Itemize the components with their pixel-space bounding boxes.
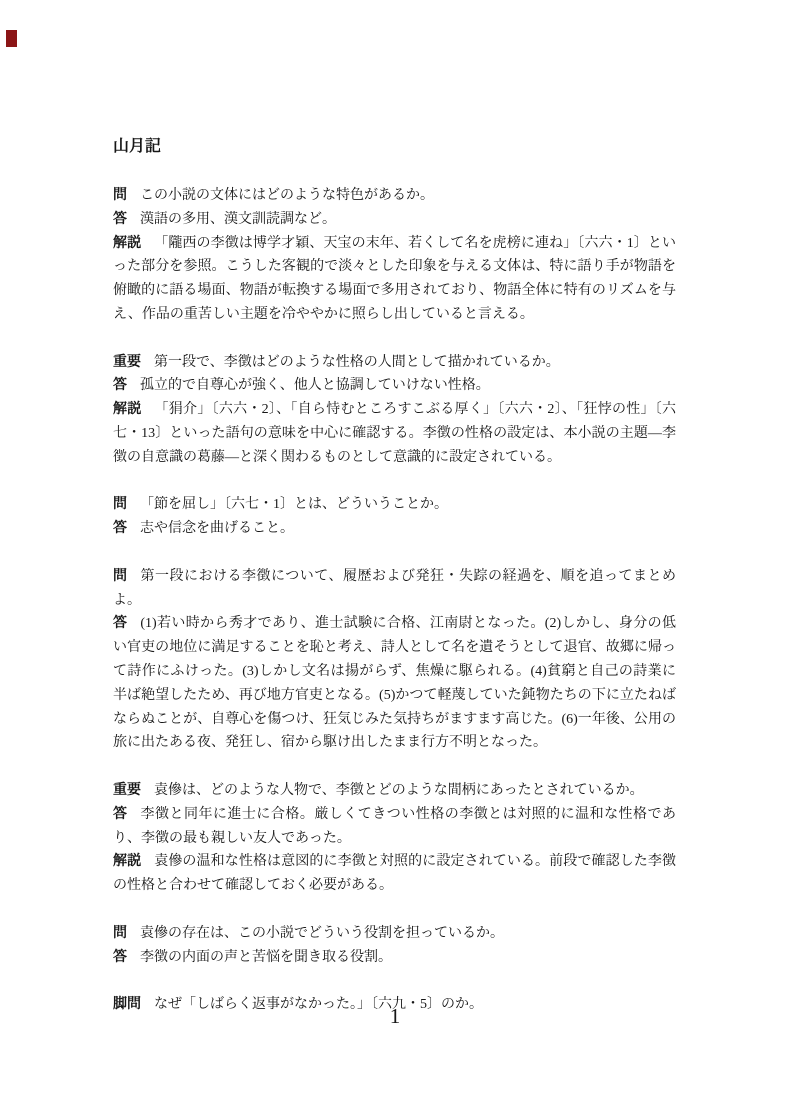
qa-paragraph: 解説袁傪の温和な性格は意図的に李徴と対照的に設定されている。前段で確認した李徴の…: [113, 850, 676, 898]
qa-paragraph: 答志や信念を曲げること。: [113, 517, 676, 541]
qa-block: 重要第一段で、李徴はどのような性格の人間として描かれているか。答孤立的で自尊心が…: [113, 351, 676, 470]
qa-paragraph: 答李徴の内面の声と苦悩を聞き取る役割。: [113, 946, 676, 970]
qa-text: 「狷介」〔六六・2〕、「自ら恃むところすこぶる厚く」〔六六・2〕、「狂悖の性」〔…: [113, 402, 676, 465]
document-title: 山月記: [113, 136, 676, 158]
qa-text: 李徴と同年に進士に合格。厳しくてきつい性格の李徴とは対照的に温和な性格であり、李…: [113, 807, 676, 846]
qa-blocks: 問この小説の文体にはどのような特色があるか。答漢語の多用、漢文訓読調など。解説「…: [113, 184, 676, 1017]
qa-paragraph: 問「節を屈し」〔六七・1〕とは、どういうことか。: [113, 493, 676, 517]
qa-label: 答: [113, 950, 127, 965]
qa-label: 答: [113, 807, 128, 822]
qa-text: 李徴の内面の声と苦悩を聞き取る役割。: [140, 950, 392, 965]
qa-label: 解説: [113, 402, 142, 417]
qa-label: 問: [113, 569, 128, 584]
qa-paragraph: 答(1)若い時から秀才であり、進士試験に合格、江南尉となった。(2)しかし、身分…: [113, 612, 676, 755]
qa-text: 孤立的で自尊心が強く、他人と協調していけない性格。: [140, 378, 490, 393]
qa-label: 解説: [113, 854, 141, 869]
qa-paragraph: 重要袁傪は、どのような人物で、李徴とどのような間柄にあったとされているか。: [113, 779, 676, 803]
qa-text: (1)若い時から秀才であり、進士試験に合格、江南尉となった。(2)しかし、身分の…: [113, 616, 676, 750]
qa-label: 答: [113, 378, 127, 393]
qa-text: 第一段で、李徴はどのような性格の人間として描かれているか。: [154, 355, 560, 370]
qa-paragraph: 答孤立的で自尊心が強く、他人と協調していけない性格。: [113, 374, 676, 398]
qa-label: 答: [113, 521, 127, 536]
qa-text: 漢語の多用、漢文訓読調など。: [140, 212, 336, 227]
qa-block: 問第一段における李徴について、履歴および発狂・失踪の経過を、順を追ってまとめよ。…: [113, 565, 676, 755]
qa-text: 袁傪は、どのような人物で、李徴とどのような間柄にあったとされているか。: [154, 783, 644, 798]
qa-text: この小説の文体にはどのような特色があるか。: [140, 188, 434, 203]
qa-text: 袁傪の存在は、この小説でどういう役割を担っているか。: [140, 926, 504, 941]
document-page: 山月記 問この小説の文体にはどのような特色があるか。答漢語の多用、漢文訓読調など…: [0, 0, 790, 1117]
qa-paragraph: 答漢語の多用、漢文訓読調など。: [113, 208, 676, 232]
qa-label: 問: [113, 926, 127, 941]
qa-label: 問: [113, 188, 127, 203]
qa-paragraph: 解説「隴西の李徴は博学才穎、天宝の末年、若くして名を虎榜に連ね」〔六六・1〕とい…: [113, 232, 676, 327]
qa-text: 「隴西の李徴は博学才穎、天宝の末年、若くして名を虎榜に連ね」〔六六・1〕といった…: [113, 236, 676, 322]
qa-block: 問この小説の文体にはどのような特色があるか。答漢語の多用、漢文訓読調など。解説「…: [113, 184, 676, 327]
qa-block: 問「節を屈し」〔六七・1〕とは、どういうことか。答志や信念を曲げること。: [113, 493, 676, 541]
qa-text: 「節を屈し」〔六七・1〕とは、どういうことか。: [140, 497, 448, 512]
qa-block: 重要袁傪は、どのような人物で、李徴とどのような間柄にあったとされているか。答李徴…: [113, 779, 676, 898]
qa-text: 袁傪の温和な性格は意図的に李徴と対照的に設定されている。前段で確認した李徴の性格…: [113, 854, 676, 893]
qa-label: 問: [113, 497, 127, 512]
qa-paragraph: 解説「狷介」〔六六・2〕、「自ら恃むところすこぶる厚く」〔六六・2〕、「狂悖の性…: [113, 398, 676, 469]
qa-label: 解説: [113, 236, 141, 251]
document-content: 山月記 問この小説の文体にはどのような特色があるか。答漢語の多用、漢文訓読調など…: [113, 136, 676, 1041]
qa-label: 答: [113, 212, 127, 227]
qa-paragraph: 問第一段における李徴について、履歴および発狂・失踪の経過を、順を追ってまとめよ。: [113, 565, 676, 613]
page-footer: 1: [0, 1002, 790, 1030]
qa-label: 答: [113, 616, 127, 631]
qa-text: 第一段における李徴について、履歴および発狂・失踪の経過を、順を追ってまとめよ。: [113, 569, 676, 608]
qa-paragraph: 問袁傪の存在は、この小説でどういう役割を担っているか。: [113, 922, 676, 946]
qa-label: 重要: [113, 355, 141, 370]
page-number: 1: [390, 1004, 401, 1028]
qa-paragraph: 答李徴と同年に進士に合格。厳しくてきつい性格の李徴とは対照的に温和な性格であり、…: [113, 803, 676, 851]
qa-block: 問袁傪の存在は、この小説でどういう役割を担っているか。答李徴の内面の声と苦悩を聞…: [113, 922, 676, 970]
qa-label: 重要: [113, 783, 141, 798]
annotation-red-mark: [6, 30, 17, 47]
qa-paragraph: 問この小説の文体にはどのような特色があるか。: [113, 184, 676, 208]
qa-text: 志や信念を曲げること。: [140, 521, 294, 536]
qa-paragraph: 重要第一段で、李徴はどのような性格の人間として描かれているか。: [113, 351, 676, 375]
